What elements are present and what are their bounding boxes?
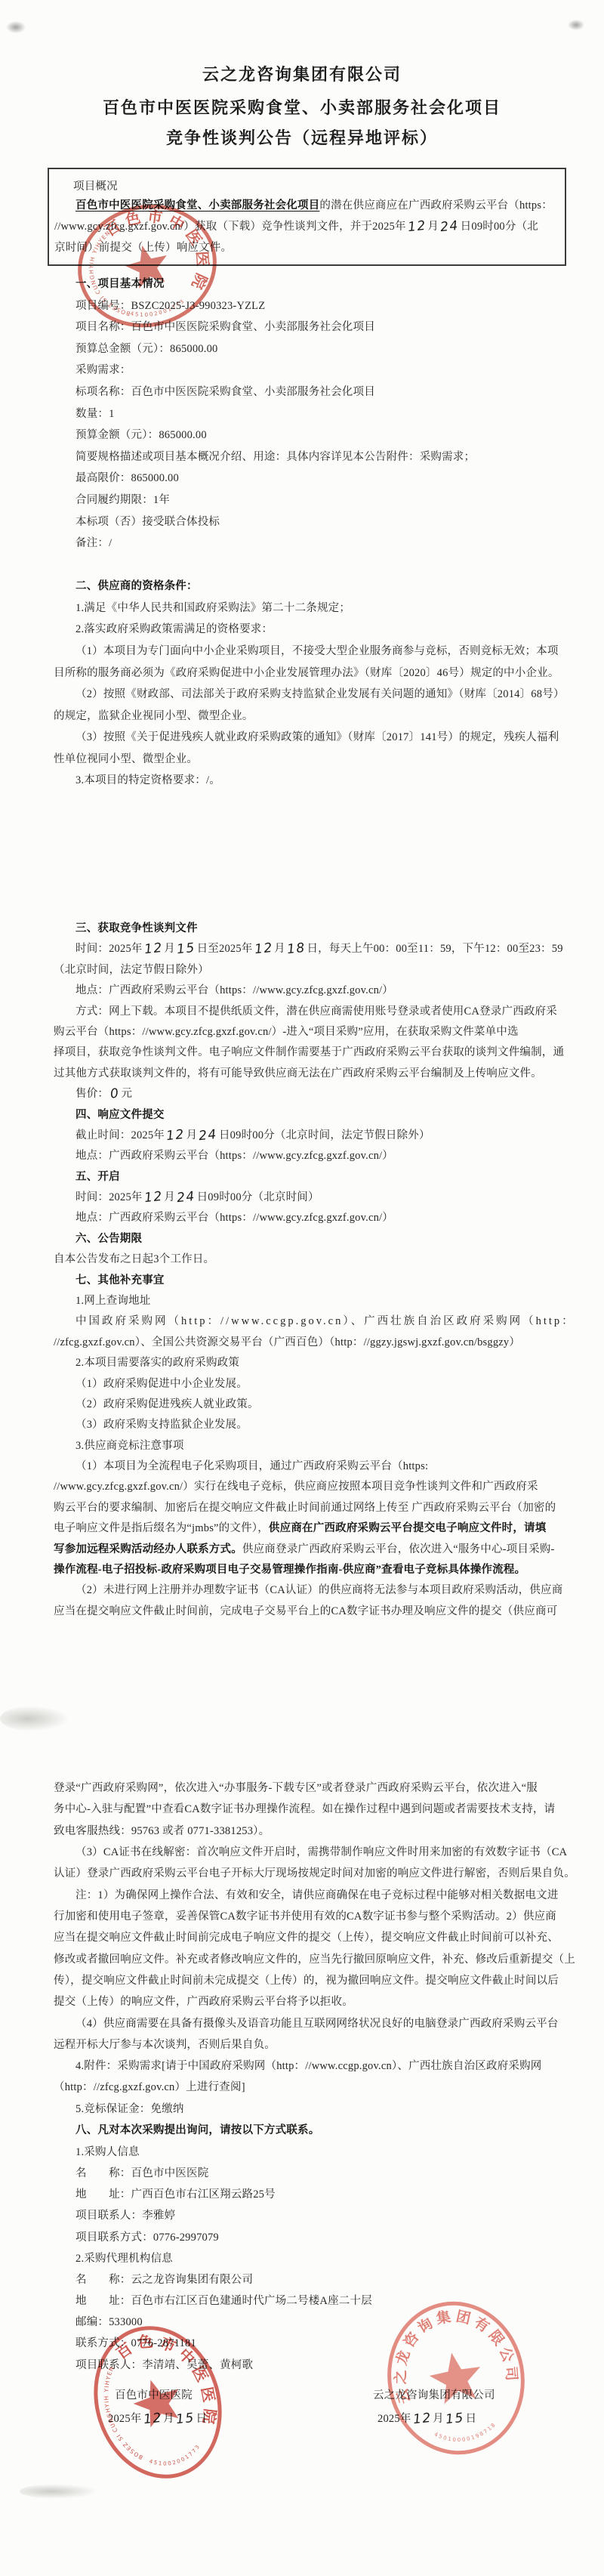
text-segment: 地点：广西政府采购云平台（https：//www.gcy.zfcg.gxzf.g… bbox=[75, 984, 393, 996]
text-segment: 时间：2025年 bbox=[75, 943, 143, 955]
text-segment: 应当在提交响应文件截止时间前，完成电子交易平台上的CA数字证书办理及响应文件的提… bbox=[54, 1605, 557, 1617]
doc-line: 3.供应商竞标注意事项 bbox=[75, 1438, 184, 1453]
doc-line: 标项名称：百色市中医医院采购食堂、小卖部服务社会化项目 bbox=[75, 385, 375, 400]
svg-text:百色市中医医院: 百色市中医医院 bbox=[111, 2315, 228, 2453]
text-segment: （3）CA证书在线解密：首次响应文件开启时，需携带制作响应文件时用来加密的有效数… bbox=[75, 1846, 567, 1858]
text-segment: 修改或者撤回响应文件。补充或者修改响应文件的，应当先行撤回原响应文件，补充、修改… bbox=[54, 1954, 575, 1966]
doc-line: 1.满足《中华人民共和国政府采购法》第二十二条规定； bbox=[75, 601, 350, 616]
text-segment: //zfcg.gxzf.gov.cn）、全国公共资源交易平台（广西百色）（htt… bbox=[54, 1336, 520, 1348]
doc-line: 中国政府采购网（http：//www.ccgp.gov.cn）、广西壮族自治区政… bbox=[75, 1314, 575, 1329]
doc-line: 购云平台（https：//www.gcy.zfcg.gxzf.gov.cn/）-… bbox=[54, 1024, 519, 1039]
text-segment: 性单位视同小型、微型企业。 bbox=[54, 753, 198, 765]
text-segment: 3.本项目的特定资格要求：/。 bbox=[75, 774, 220, 786]
text-segment: 数量：1 bbox=[75, 408, 115, 420]
text-segment: 1.满足《中华人民共和国政府采购法》第二十二条规定； bbox=[75, 602, 350, 614]
text-segment: 写参加远程采购活动经办人联系方式。 bbox=[54, 1543, 242, 1555]
handwritten-text: 24 bbox=[174, 1191, 197, 1204]
section-7-heading: 七、其他补充事宜 bbox=[75, 1273, 165, 1288]
text-segment: 地点：广西政府采购云平台（https：//www.gcy.zfcg.gxzf.g… bbox=[75, 1212, 393, 1224]
text-segment: 2.采购代理机构信息 bbox=[75, 2253, 173, 2265]
doc-line: 2.落实政府采购政策需满足的资格要求： bbox=[75, 622, 273, 637]
text-segment: 地 址：百色市右江区百色建通时代广场二号楼A座二十层 bbox=[75, 2295, 372, 2307]
open-time: 时间：2025年12月24日09时00分（北京时间） bbox=[75, 1190, 319, 1205]
text-segment: （http：//zfcg.gxzf.gov.cn）上进行查阅] bbox=[54, 2081, 245, 2093]
text-segment: 项目联系人：李雅婷 bbox=[75, 2210, 175, 2222]
text-segment: 目所称的服务商必须为《政府采购促进中小企业发展管理办法》（财库〔2020〕46号… bbox=[54, 667, 559, 679]
text-segment: 地 址：广西百色市右江区翔云路25号 bbox=[75, 2188, 276, 2201]
star-icon bbox=[426, 2349, 485, 2406]
doc-line: 致电客服热线：95763 或者 0771-3381253）。 bbox=[54, 1824, 270, 1839]
text-segment: 截止时间：2025年 bbox=[75, 1129, 165, 1141]
text-segment: 八、凡对本次采购提出询问，请按以下方式联系。 bbox=[75, 2124, 319, 2136]
text-segment: 务中心-入驻与配置”中查看CA数字证书办理操作流程。如在操作过程中遇到问题或者需… bbox=[54, 1803, 555, 1815]
text-segment: 时间：2025年 bbox=[75, 1191, 143, 1203]
doc-line: 简要规格描述或项目基本概况介绍、用途：具体内容详见本公告附件：采购需求； bbox=[75, 449, 475, 465]
obtain-time: 时间：2025年12月15日至2025年12月18日，每天上午00：00至11：… bbox=[75, 941, 563, 956]
text-segment: 认证）登录广西政府采购云平台电子开标大厅现场按规定时间对加密的响应文件进行解密，… bbox=[54, 1867, 575, 1879]
doc-line: 写参加远程采购活动经办人联系方式。供应商登录广西政府采购云平台，依次进入“服务中… bbox=[54, 1542, 555, 1557]
text-segment: （1）政府采购促进中小企业发展。 bbox=[75, 1378, 248, 1390]
text-segment: 采购需求： bbox=[75, 364, 131, 376]
text-segment: 2.本项目需要落实的政府采购政策 bbox=[75, 1357, 239, 1369]
text-segment: 中国政府采购网（http：//www.ccgp.gov.cn）、广西壮族自治区政… bbox=[75, 1315, 575, 1327]
doc-line: （2）未进行网上注册并办理数字证书（CA认证）的供应商将无法参与本项目政府采购活… bbox=[75, 1583, 562, 1598]
text-segment: 日09时00分（北京时间） bbox=[197, 1191, 319, 1203]
text-segment: 应当在提交响应文件截止时间前完成电子响应文件的提交（上传），提交响应文件截止时间… bbox=[54, 1932, 559, 1944]
doc-line: 远程开标大厅参与本次谈判，否则后果自负。 bbox=[54, 2037, 276, 2052]
doc-line: 4.附件：采购需求[请于中国政府采购网（http：//www.ccgp.gov.… bbox=[75, 2059, 541, 2074]
text-segment: 三、获取竞争性谈判文件 bbox=[75, 922, 198, 934]
doc-line: 行加密和使用电子签章，妥善保管CA数字证书并使用有效的CA数字证书参与整个采购活… bbox=[54, 1909, 556, 1924]
text-segment: 日，每天上午00：00至11：59，下午12：00至23：59 bbox=[307, 943, 562, 955]
price: 售价：0元 bbox=[75, 1086, 132, 1101]
text-segment: （4）供应商需要在具备有摄像头及语音功能且互联网网络状况良好的电脑登录广西政府采… bbox=[75, 2018, 559, 2030]
text-segment: 月 bbox=[274, 943, 285, 955]
page-edge-shadow bbox=[0, 1706, 69, 1731]
doc-line: （4）供应商需要在具备有摄像头及语音功能且互联网网络状况良好的电脑登录广西政府采… bbox=[75, 2016, 559, 2031]
handwritten-text: 12 bbox=[405, 221, 428, 233]
section-4-heading: 四、响应文件提交 bbox=[75, 1107, 165, 1123]
text-segment: 5.竞标保证金：免缴纳 bbox=[75, 2103, 184, 2115]
text-segment: 四、响应文件提交 bbox=[75, 1109, 165, 1121]
text-segment: （3）按照《关于促进残疾人就业政府采购政策的通知》（财库〔2017〕141号）的… bbox=[75, 731, 559, 743]
text-segment: 地点：广西政府采购云平台（https：//www.gcy.zfcg.gxzf.g… bbox=[75, 1150, 393, 1162]
text-segment: 操作流程-电子招投标-政府采购项目电子交易管理操作指南-供应商”查看电子竞标具体… bbox=[54, 1564, 525, 1576]
doc-line: 修改或者撤回响应文件。补充或者修改响应文件的，应当先行撤回原响应文件，补充、修改… bbox=[54, 1952, 575, 1967]
text-segment: （2）政府采购促进残疾人就业政策。 bbox=[75, 1398, 259, 1410]
text-segment: 元 bbox=[121, 1088, 132, 1100]
scan-smudge bbox=[20, 2484, 98, 2499]
doc-line: 性单位视同小型、微型企业。 bbox=[54, 752, 198, 767]
doc-line: 合同履约期限：1年 bbox=[75, 493, 170, 508]
section-6-heading: 六、公告期限 bbox=[75, 1231, 142, 1246]
handwritten-text: 18 bbox=[285, 943, 307, 956]
text-segment: 3.供应商竞标注意事项 bbox=[75, 1440, 184, 1452]
text-segment: 月 bbox=[186, 1129, 198, 1141]
text-segment: 行加密和使用电子签章，妥善保管CA数字证书并使用有效的CA数字证书参与整个采购活… bbox=[54, 1910, 556, 1923]
doc-line: 采购需求： bbox=[75, 363, 131, 378]
doc-line: //zfcg.gxzf.gov.cn）、全国公共资源交易平台（广西百色）（htt… bbox=[54, 1335, 520, 1350]
section-3-heading: 三、获取竞争性谈判文件 bbox=[75, 921, 198, 936]
text-segment: 日09时00分（北京时间，法定节假日除外） bbox=[219, 1129, 430, 1141]
scan-speck bbox=[568, 20, 584, 30]
doc-title-project: 百色市中医医院采购食堂、小卖部服务社会化项目 bbox=[0, 97, 604, 119]
doc-line: 认证）登录广西政府采购云平台电子开标大厅现场按规定时间对加密的响应文件进行解密，… bbox=[54, 1866, 575, 1881]
purchaser-contact: 项目联系人：李雅婷 bbox=[75, 2208, 175, 2223]
svg-text:451002001773: 451002001773 bbox=[147, 2442, 205, 2474]
text-segment: 本标项（否）接受联合体投标 bbox=[75, 516, 220, 528]
purchaser-phone: 项目联系方式：0776-2997079 bbox=[75, 2230, 219, 2245]
svg-text:451002001773: 451002001773 bbox=[128, 297, 188, 323]
doc-line: 预算金额（元）：865000.00 bbox=[75, 428, 207, 443]
doc-line: （3）按照《关于促进残疾人就业政府采购政策的通知》（财库〔2017〕141号）的… bbox=[75, 730, 559, 745]
section-8-heading: 八、凡对本次采购提出询问，请按以下方式联系。 bbox=[75, 2123, 319, 2138]
doc-line: 过其他方式获取谈判文件的，将有可能导致供应商无法在广西政府采购云平台编制及上传响… bbox=[54, 1066, 542, 1081]
text-segment: 售价： bbox=[75, 1088, 109, 1100]
doc-line: 传），提交响应文件截止时间前未完成提交（上传）的，视为撤回响应文件。提交响应文件… bbox=[54, 1973, 559, 1988]
text-segment: 的规定，监狱企业视同小型、微型企业。 bbox=[54, 710, 254, 722]
doc-line: 数量：1 bbox=[75, 406, 115, 422]
doc-line: 地点：广西政府采购云平台（https：//www.gcy.zfcg.gxzf.g… bbox=[75, 983, 393, 998]
handwritten-text: 0 bbox=[109, 1088, 122, 1100]
doc-line: 地点：广西政府采购云平台（https：//www.gcy.zfcg.gxzf.g… bbox=[75, 1210, 393, 1225]
doc-line: （http：//zfcg.gxzf.gov.cn）上进行查阅] bbox=[54, 2080, 245, 2095]
agency-address: 地 址：百色市右江区百色建通时代广场二号楼A座二十层 bbox=[75, 2293, 372, 2309]
text-segment: （1）本项目为专门面向中小企业采购项目，不接受大型企业服务商参与竞标，否则竞标无… bbox=[75, 645, 559, 657]
doc-line: 提交（上传）的响应文件，广西政府采购云平台将予以拒收。 bbox=[54, 1994, 353, 2009]
handwritten-text: 24 bbox=[197, 1129, 220, 1142]
text-segment: （2）按照《财政部、司法部关于政府采购支持监狱企业发展有关问题的通知》（财库〔2… bbox=[75, 688, 565, 700]
handwritten-text: 12 bbox=[142, 943, 165, 956]
text-segment: 电子响应文件是指后缀名为“jmbs”的文件）， bbox=[54, 1522, 269, 1534]
document-page: 云之龙咨询集团有限公司 百色市中医医院采购食堂、小卖部服务社会化项目 竞争性谈判… bbox=[0, 0, 604, 2576]
text-segment: 过其他方式获取谈判文件的，将有可能导致供应商无法在广西政府采购云平台编制及上传响… bbox=[54, 1067, 542, 1080]
text-segment: 传），提交响应文件截止时间前未完成提交（上传）的，视为撤回响应文件。提交响应文件… bbox=[54, 1975, 559, 1987]
doc-line: 电子响应文件是指后缀名为“jmbs”的文件），供应商在广西政府采购云平台提交电子… bbox=[54, 1521, 546, 1536]
text-segment: 致电客服热线：95763 或者 0771-3381253）。 bbox=[54, 1825, 270, 1837]
handwritten-text: 12 bbox=[164, 1129, 186, 1142]
doc-line: （1）本项目为专门面向中小企业采购项目，不接受大型企业服务商参与竞标，否则竞标无… bbox=[75, 644, 559, 659]
doc-line: 应当在提交响应文件截止时间前，完成电子交易平台上的CA数字证书办理及响应文件的提… bbox=[54, 1604, 557, 1619]
star-icon bbox=[122, 240, 173, 290]
max-price: 最高限价：865000.00 bbox=[75, 471, 179, 486]
text-segment: 提交（上传）的响应文件，广西政府采购云平台将予以拒收。 bbox=[54, 1996, 353, 2008]
section-2-heading: 二、供应商的资格条件： bbox=[75, 579, 198, 594]
handwritten-text: 24 bbox=[438, 221, 461, 233]
text-segment: 1.采购人信息 bbox=[75, 2146, 140, 2158]
text-segment: 1.网上查询地址 bbox=[75, 1295, 150, 1307]
overview-box-label: 项目概况 bbox=[73, 178, 118, 193]
doc-line: //www.gcy.zfcg.gxzf.gov.cn/）实行在线电子竞标，供应商… bbox=[54, 1479, 538, 1494]
text-segment: 预算金额（元）：865000.00 bbox=[75, 429, 207, 441]
text-segment: （1）本项目为全流程电子化采购项目，通过广西政府采购云平台（https: bbox=[75, 1460, 428, 1472]
purchaser-name: 名 称：百色市中医医院 bbox=[75, 2166, 208, 2181]
doc-line: 务中心-入驻与配置”中查看CA数字证书办理操作流程。如在操作过程中遇到问题或者需… bbox=[54, 1802, 555, 1817]
text-segment: 七、其他补充事宜 bbox=[75, 1274, 165, 1286]
agency-stamp: 云之龙咨询集团有限公司45010000198718 bbox=[364, 2279, 549, 2478]
doc-line: （北京时间，法定节假日除外） bbox=[54, 962, 209, 978]
doc-line: 2.采购代理机构信息 bbox=[75, 2251, 173, 2266]
doc-line: 择项目，获取竞争性谈判文件。电子响应文件制作需要基于广西政府采购云平台获取的谈判… bbox=[54, 1045, 564, 1060]
doc-line: （2）按照《财政部、司法部关于政府采购支持监狱企业发展有关问题的通知》（财库〔2… bbox=[75, 687, 565, 702]
text-segment: 二、供应商的资格条件： bbox=[75, 580, 198, 592]
agency-name: 名 称：云之龙咨询集团有限公司 bbox=[75, 2272, 253, 2287]
text-segment: 最高限价：865000.00 bbox=[75, 472, 179, 484]
text-segment: 合同履约期限：1年 bbox=[75, 494, 170, 506]
purchaser-address: 地 址：广西百色市右江区翔云路25号 bbox=[75, 2187, 276, 2202]
doc-line: 操作流程-电子招投标-政府采购项目电子交易管理操作指南-供应商”查看电子竞标具体… bbox=[54, 1562, 525, 1577]
text-segment: 方式：网上下载。本项目不提供纸质文件，潜在供应商需使用账号登录或者使用CA登录广… bbox=[75, 1005, 557, 1018]
handwritten-text: 15 bbox=[174, 943, 197, 956]
text-segment: 备注：/ bbox=[75, 537, 112, 549]
text-segment: 五、开启 bbox=[75, 1171, 120, 1183]
doc-line: 方式：网上下载。本项目不提供纸质文件，潜在供应商需使用账号登录或者使用CA登录广… bbox=[75, 1004, 557, 1019]
star-icon bbox=[128, 2373, 187, 2430]
text-segment: 日09时00分（北 bbox=[461, 221, 538, 233]
scan-speck bbox=[6, 21, 26, 33]
text-segment: （3）政府采购支持监狱企业发展。 bbox=[75, 1419, 248, 1431]
text-segment: 自本公告发布之日起3个工作日。 bbox=[54, 1253, 214, 1265]
text-segment: 月 bbox=[164, 1191, 175, 1203]
text-segment: 购云平台的要求编制、加密后在提交响应文件截止时间前通过网络上传至 广西政府采购云… bbox=[54, 1502, 556, 1514]
doc-title-company: 云之龙咨询集团有限公司 bbox=[0, 63, 604, 86]
doc-line: （1）本项目为全流程电子化采购项目，通过广西政府采购云平台（https: bbox=[75, 1459, 428, 1474]
handwritten-text: 12 bbox=[142, 1191, 165, 1204]
doc-line: 1.网上查询地址 bbox=[75, 1293, 150, 1308]
text-segment: 名 称：云之龙咨询集团有限公司 bbox=[75, 2274, 253, 2286]
doc-line: 登录“广西政府采购网”，依次进入“办事服务-下载专区”或者登录广西政府采购云平台… bbox=[54, 1781, 538, 1796]
text-segment: 供应商在广西政府采购云平台提交电子响应文件时，请填 bbox=[269, 1522, 547, 1534]
submit-deadline: 截止时间：2025年12月24日09时00分（北京时间，法定节假日除外） bbox=[75, 1128, 430, 1143]
doc-line: 目所称的服务商必须为《政府采购促进中小企业发展管理办法》（财库〔2020〕46号… bbox=[54, 666, 559, 681]
text-segment: （2）未进行网上注册并办理数字证书（CA认证）的供应商将无法参与本项目政府采购活… bbox=[75, 1584, 562, 1596]
text-segment: 名 称：百色市中医医院 bbox=[75, 2167, 208, 2179]
doc-line: 自本公告发布之日起3个工作日。 bbox=[54, 1252, 214, 1267]
text-segment: 择项目，获取竞争性谈判文件。电子响应文件制作需要基于广西政府采购云平台获取的谈判… bbox=[54, 1046, 564, 1058]
doc-line: 购云平台的要求编制、加密后在提交响应文件截止时间前通过网络上传至 广西政府采购云… bbox=[54, 1500, 556, 1515]
doc-line: 3.本项目的特定资格要求：/。 bbox=[75, 773, 220, 788]
text-segment: 六、公告期限 bbox=[75, 1233, 142, 1245]
text-segment: //www.gcy.zfcg.gxzf.gov.cn/）实行在线电子竞标，供应商… bbox=[54, 1481, 538, 1493]
doc-line: 注：1）为确保网上操作合法、有效和安全，请供应商确保在电子竞标过程中能够对相关数… bbox=[75, 1888, 559, 1903]
doc-line: 本标项（否）接受联合体投标 bbox=[75, 514, 220, 530]
doc-line: （3）政府采购支持监狱企业发展。 bbox=[75, 1417, 248, 1432]
text-segment: 项目联系方式：0776-2997079 bbox=[75, 2232, 219, 2244]
doc-line: 地点：广西政府采购云平台（https：//www.gcy.zfcg.gxzf.g… bbox=[75, 1148, 393, 1163]
text-segment: 简要规格描述或项目基本概况介绍、用途：具体内容详见本公告附件：采购需求； bbox=[75, 451, 475, 463]
text-segment: 日至2025年 bbox=[197, 943, 253, 955]
text-segment: 远程开标大厅参与本次谈判，否则后果自负。 bbox=[54, 2039, 276, 2051]
doc-line: 应当在提交响应文件截止时间前完成电子响应文件的提交（上传），提交响应文件截止时间… bbox=[54, 1930, 559, 1945]
text-segment: 购云平台（https：//www.gcy.zfcg.gxzf.gov.cn/）-… bbox=[54, 1026, 519, 1038]
text-segment: 注：1）为确保网上操作合法、有效和安全，请供应商确保在电子竞标过程中能够对相关数… bbox=[75, 1889, 559, 1901]
section-5-heading: 五、开启 bbox=[75, 1169, 120, 1185]
text-segment: （北京时间，法定节假日除外） bbox=[54, 964, 209, 976]
doc-line: （2）政府采购促进残疾人就业政策。 bbox=[75, 1397, 259, 1412]
doc-line: （1）政府采购促进中小企业发展。 bbox=[75, 1376, 248, 1391]
text-segment: 标项名称：百色市中医医院采购食堂、小卖部服务社会化项目 bbox=[75, 386, 375, 398]
text-segment: 供应商登录广西政府采购云平台，依次进入“服务中心-项目采购- bbox=[242, 1543, 555, 1555]
text-segment: 登录“广西政府采购网”，依次进入“办事服务-下载专区”或者登录广西政府采购云平台… bbox=[54, 1782, 538, 1794]
doc-line: （3）CA证书在线解密：首次响应文件开启时，需携带制作响应文件时用来加密的有效数… bbox=[75, 1845, 567, 1860]
doc-title-notice: 竞争性谈判公告（远程异地评标） bbox=[0, 127, 604, 150]
doc-line: 的规定，监狱企业视同小型、微型企业。 bbox=[54, 709, 254, 724]
text-segment: 2.落实政府采购政策需满足的资格要求： bbox=[75, 623, 273, 635]
text-segment: 4.附件：采购需求[请于中国政府采购网（http：//www.ccgp.gov.… bbox=[75, 2060, 541, 2072]
text-segment: 的潜在供应商应在广西政府采购云平台（https： bbox=[319, 199, 553, 212]
handwritten-text: 12 bbox=[252, 943, 275, 956]
doc-line: 2.本项目需要落实的政府采购政策 bbox=[75, 1355, 239, 1370]
text-segment: 月 bbox=[164, 943, 175, 955]
text-segment: 月 bbox=[427, 221, 439, 233]
doc-line: 备注：/ bbox=[75, 536, 112, 551]
bid-bond: 5.竞标保证金：免缴纳 bbox=[75, 2102, 184, 2117]
doc-line: 1.采购人信息 bbox=[75, 2145, 140, 2160]
